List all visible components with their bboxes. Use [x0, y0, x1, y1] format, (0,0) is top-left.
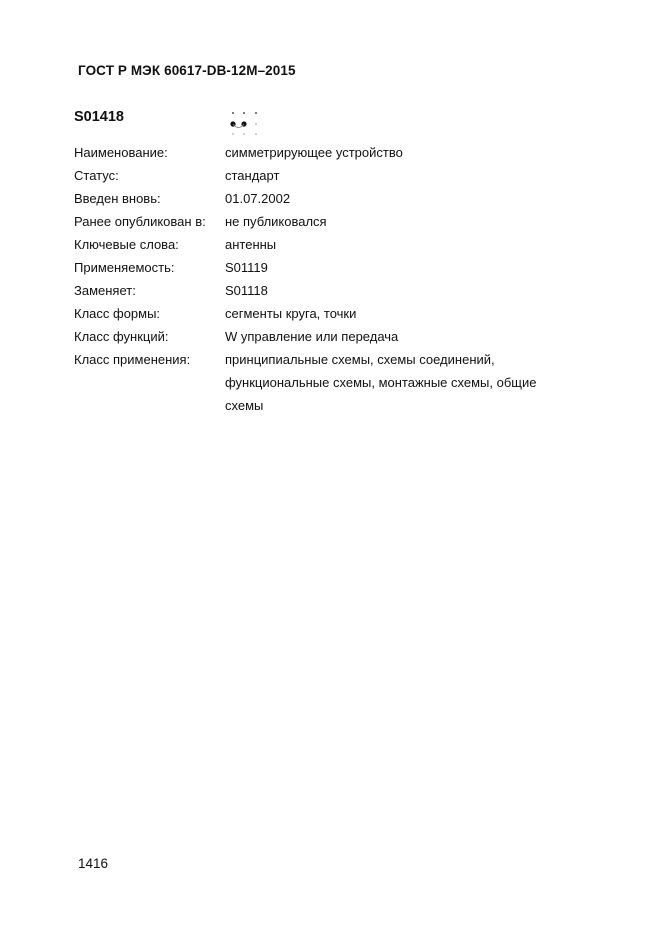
document-header: ГОСТ Р МЭК 60617-DB-12M–2015: [78, 63, 296, 78]
symmetrizing-device-symbol-icon: [226, 108, 266, 138]
symbol-code: S01418: [74, 109, 124, 125]
field-value: принципиальные схемы, схемы соединений, …: [225, 348, 555, 417]
field-row-keywords: Ключевые слова: антенны: [74, 233, 555, 256]
field-label: Статус:: [74, 164, 225, 187]
field-value: 01.07.2002: [225, 187, 555, 210]
field-row-application-class: Класс применения: принципиальные схемы, …: [74, 348, 555, 417]
field-label: Ключевые слова:: [74, 233, 225, 256]
field-value: S01118: [225, 279, 555, 302]
field-row-introduced: Введен вновь: 01.07.2002: [74, 187, 555, 210]
field-row-applicability: Применяемость: S01119: [74, 256, 555, 279]
field-value: W управление или передача: [225, 325, 555, 348]
field-row-previously-published: Ранее опубликован в: не публиковался: [74, 210, 555, 233]
field-value: симметрирующее устройство: [225, 141, 555, 164]
field-row-replaces: Заменяет: S01118: [74, 279, 555, 302]
field-label: Класс функций:: [74, 325, 225, 348]
field-label: Ранее опубликован в:: [74, 210, 225, 233]
field-row-shape-class: Класс формы: сегменты круга, точки: [74, 302, 555, 325]
field-row-status: Статус: стандарт: [74, 164, 555, 187]
field-list: Наименование: симметрирующее устройство …: [74, 141, 555, 417]
field-value: стандарт: [225, 164, 555, 187]
field-value: S01119: [225, 256, 555, 279]
field-row-function-class: Класс функций: W управление или передача: [74, 325, 555, 348]
field-label: Класс применения:: [74, 348, 225, 417]
field-row-name: Наименование: симметрирующее устройство: [74, 141, 555, 164]
field-value: сегменты круга, точки: [225, 302, 555, 325]
field-label: Введен вновь:: [74, 187, 225, 210]
page-number: 1416: [78, 856, 108, 871]
field-label: Наименование:: [74, 141, 225, 164]
field-label: Класс формы:: [74, 302, 225, 325]
field-value: антенны: [225, 233, 555, 256]
field-label: Заменяет:: [74, 279, 225, 302]
field-label: Применяемость:: [74, 256, 225, 279]
field-value: не публиковался: [225, 210, 555, 233]
